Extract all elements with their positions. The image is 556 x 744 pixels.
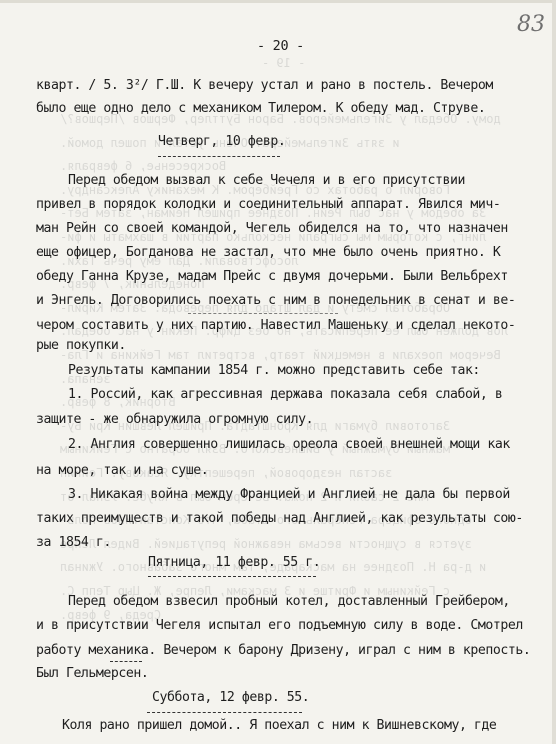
text-line: Перед обедом вызвал к себе Чечеля и в ег… [68,172,465,190]
text-line: кварт. / 5. 3²/ Г.Ш. К вечеру устал и ра… [36,77,493,95]
text-line: еще офицер, Богданова не застал, что мне… [36,244,500,262]
bleed-line: зуется в сущности весьма неважной репута… [60,537,472,551]
text-line: ман Рейн со своей командой, Чегель обиде… [36,220,508,238]
scan-right-edge [552,0,556,744]
scan-top-edge [0,0,556,3]
text-line: защите - же обнаружила огромную силу. [36,411,313,429]
entry-heading: Четверг, 10 февр. [158,134,285,149]
text-line: таких преимуществ и такой победы над Анг… [36,510,523,528]
text-line: Коля рано пришел домой.. Я поехал с ним … [62,717,496,735]
heading-underline [148,576,316,577]
text-underline [110,661,142,662]
bleed-line: Вечером поехали в немецкий театр, встрет… [60,348,501,362]
text-underline [188,313,338,314]
heading-underline [158,156,280,157]
heading-underline [147,712,302,713]
text-line: за 1854 г. [36,534,111,552]
text-line: 3. Никакая война между Францией и Англие… [68,486,510,504]
text-line: и в присутствии Чегеля испытал его подъе… [36,617,523,635]
text-line: работу механика. Вечером к барону Дризен… [36,642,530,660]
text-line: 2. Англия совершенно лишилась ореола сво… [68,436,510,454]
page-number: - 20 - [257,38,304,54]
text-line: на море, так и на суше. [36,462,208,480]
text-line: Перед обедом взвесил пробный котел, дост… [68,593,510,611]
entry-heading: Пятница, 11 февр. 55 г. [148,555,320,570]
bleed-page-number: - 19 - [262,56,305,70]
text-line: привел в порядок колодки и соединительны… [36,196,500,214]
text-line: 1. Россий, как агрессивная держава показ… [68,386,502,404]
text-line: и Энгель. Договорились поехать с ним в п… [36,292,515,310]
text-line: Результаты кампании 1854 г. можно предст… [68,362,480,380]
archive-number: 83 [517,12,545,37]
text-line: Был Гельмерсен. [36,665,148,683]
text-line: обеду Ганна Крузе, мадам Прейс с двумя д… [36,268,508,286]
text-line: чером составить у них партию. Навестил М… [36,317,515,335]
document-page: дому. Обедал у Зигельмейеров. Барон Бутт… [0,0,556,744]
text-line: было еще одно дело с механиком Тилером. … [36,100,485,118]
text-line: рые покупки. [36,337,126,355]
entry-heading: Суббота, 12 февр. 55. [152,690,309,705]
